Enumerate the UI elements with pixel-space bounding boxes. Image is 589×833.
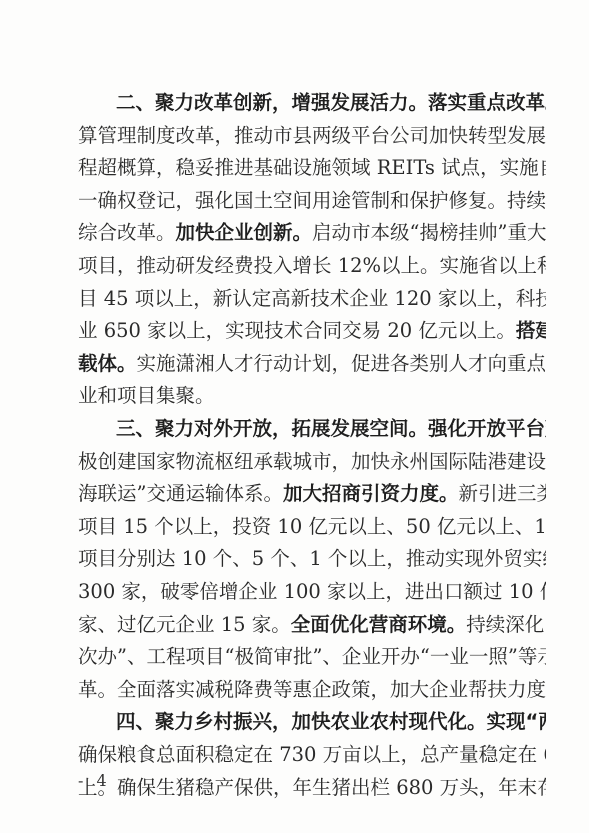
paragraph-line: 综合改革。加快企业创新。启动市本级“揭榜挂帅”重大科技创新 [78,217,546,249]
body-text: 新引进三类 500 强 [459,482,547,505]
paragraph-line: 革。全面落实减税降费等惠企政策，加大企业帮扶力度。 [78,674,546,706]
body-text: 海联运”交通运输体系。 [78,482,283,505]
body-text: 程超概算，稳妥推进基础设施领域 REITs 试点，实施自然资源统 [78,156,546,179]
bold-heading-text: 加快企业创新。 [176,221,313,244]
bold-heading-text: 二、聚力改革创新，增强发展活力。落实重点改革。 [116,91,546,114]
body-text: 启动市本级“揭榜挂帅”重大科技创新 [312,221,546,244]
paragraph-line: 目 45 项以上，新认定高新技术企业 120 家以上，科技型中小企 [78,283,546,315]
paragraph-line: 业和项目集聚。 [78,380,546,412]
paragraph-line: 海联运”交通运输体系。加大招商引资力度。新引进三类 500 强 [78,478,546,510]
body-text: 极创建国家物流枢纽承载城市，加快永州国际陆港建设，打造“铁 [78,450,546,473]
bold-heading-text: 加大招商引资力度。 [283,482,459,505]
paragraph-line: 次办”、工程项目“极简审批”、企业开办“一业一照”等示范性改 [78,641,546,673]
paragraph-line: 项目分别达 10 个、5 个、1 个以上，推动实现外贸实绩企业突破 [78,543,546,575]
body-text: 实施潇湘人才行动计划，促进各类别人才向重点产业、企 [137,352,546,375]
bold-heading-text: 三、聚力对外开放，拓展发展空间。强化开放平台建设。 [116,417,546,440]
paragraph-line: 项目，推动研发经费投入增长 12%以上。实施省以上科技创新项 [78,250,546,282]
body-text: 次办”、工程项目“极简审批”、企业开办“一业一照”等示范性改 [78,645,546,668]
paragraph-line: 项目 15 个以上，投资 10 亿元以上、50 亿元以上、100 亿元以上 [78,511,546,543]
body-text: 一确权登记，强化国土空间用途管制和保护修复。持续深化农村 [78,189,546,212]
section-heading-line: 三、聚力对外开放，拓展发展空间。强化开放平台建设。积 [116,413,546,445]
paragraph-line: 算管理制度改革，推动市县两级平台公司加快转型发展，严控工 [78,120,546,152]
body-text: 目 45 项以上，新认定高新技术企业 120 家以上，科技型中小企 [78,287,546,310]
section-heading-line: 四、聚力乡村振兴，加快农业农村现代化。实现“两个确保”。 [116,706,546,738]
body-text: 业和项目集聚。 [78,384,215,407]
paragraph-line: 上。确保生猪稳产保供，年生猪出栏 680 万头，年末存栏 550 万 [78,772,546,804]
paragraph-line: 家、过亿元企业 15 家。全面优化营商环境。持续深化“一件事一 [78,609,546,641]
body-text: 项目分别达 10 个、5 个、1 个以上，推动实现外贸实绩企业突破 [78,547,546,570]
body-text: 上。确保生猪稳产保供，年生猪出栏 680 万头，年末存栏 550 万 [78,776,546,799]
paragraph-line: 极创建国家物流枢纽承载城市，加快永州国际陆港建设，打造“铁 [78,446,546,478]
paragraph-line: 载体。实施潇湘人才行动计划，促进各类别人才向重点产业、企 [78,348,546,380]
document-page: 二、聚力改革创新，增强发展活力。落实重点改革。深化预算管理制度改革，推动市县两级… [0,0,589,833]
body-text: 确保粮食总面积稳定在 730 万亩以上，总产量稳定在 60 亿斤以 [78,743,546,766]
bold-heading-text: 搭建人才平台 [516,319,546,342]
paragraph-line: 一确权登记，强化国土空间用途管制和保护修复。持续深化农村 [78,185,546,217]
body-text: 革。全面落实减税降费等惠企政策，加大企业帮扶力度。 [78,678,546,701]
body-text: 项目 15 个以上，投资 10 亿元以上、50 亿元以上、100 亿元以上 [78,515,546,538]
body-text: 持续深化“一件事一 [466,613,546,636]
page-number: - 4 - [78,771,129,790]
paragraph-line: 业 650 家以上，实现技术合同交易 20 亿元以上。搭建人才平台 [78,315,546,347]
section-heading-line: 二、聚力改革创新，增强发展活力。落实重点改革。深化预 [116,87,546,119]
body-text: 300 家，破零倍增企业 100 家以上，进出口额过 10 亿元企业 2 [78,580,546,603]
body-text: 综合改革。 [78,221,176,244]
bold-heading-text: 载体。 [78,352,137,375]
body-text: 业 650 家以上，实现技术合同交易 20 亿元以上。 [78,319,516,342]
body-text: 算管理制度改革，推动市县两级平台公司加快转型发展，严控工 [78,124,546,147]
bold-heading-text: 全面优化营商环境。 [291,613,467,636]
bold-heading-text: 四、聚力乡村振兴，加快农业农村现代化。实现“两个确保”。 [116,710,546,733]
paragraph-line: 确保粮食总面积稳定在 730 万亩以上，总产量稳定在 60 亿斤以 [78,739,546,771]
paragraph-line: 300 家，破零倍增企业 100 家以上，进出口额过 10 亿元企业 2 [78,576,546,608]
body-text: 家、过亿元企业 15 家。 [78,613,291,636]
paragraph-line: 程超概算，稳妥推进基础设施领域 REITs 试点，实施自然资源统 [78,152,546,184]
body-text: 项目，推动研发经费投入增长 12%以上。实施省以上科技创新项 [78,254,546,277]
